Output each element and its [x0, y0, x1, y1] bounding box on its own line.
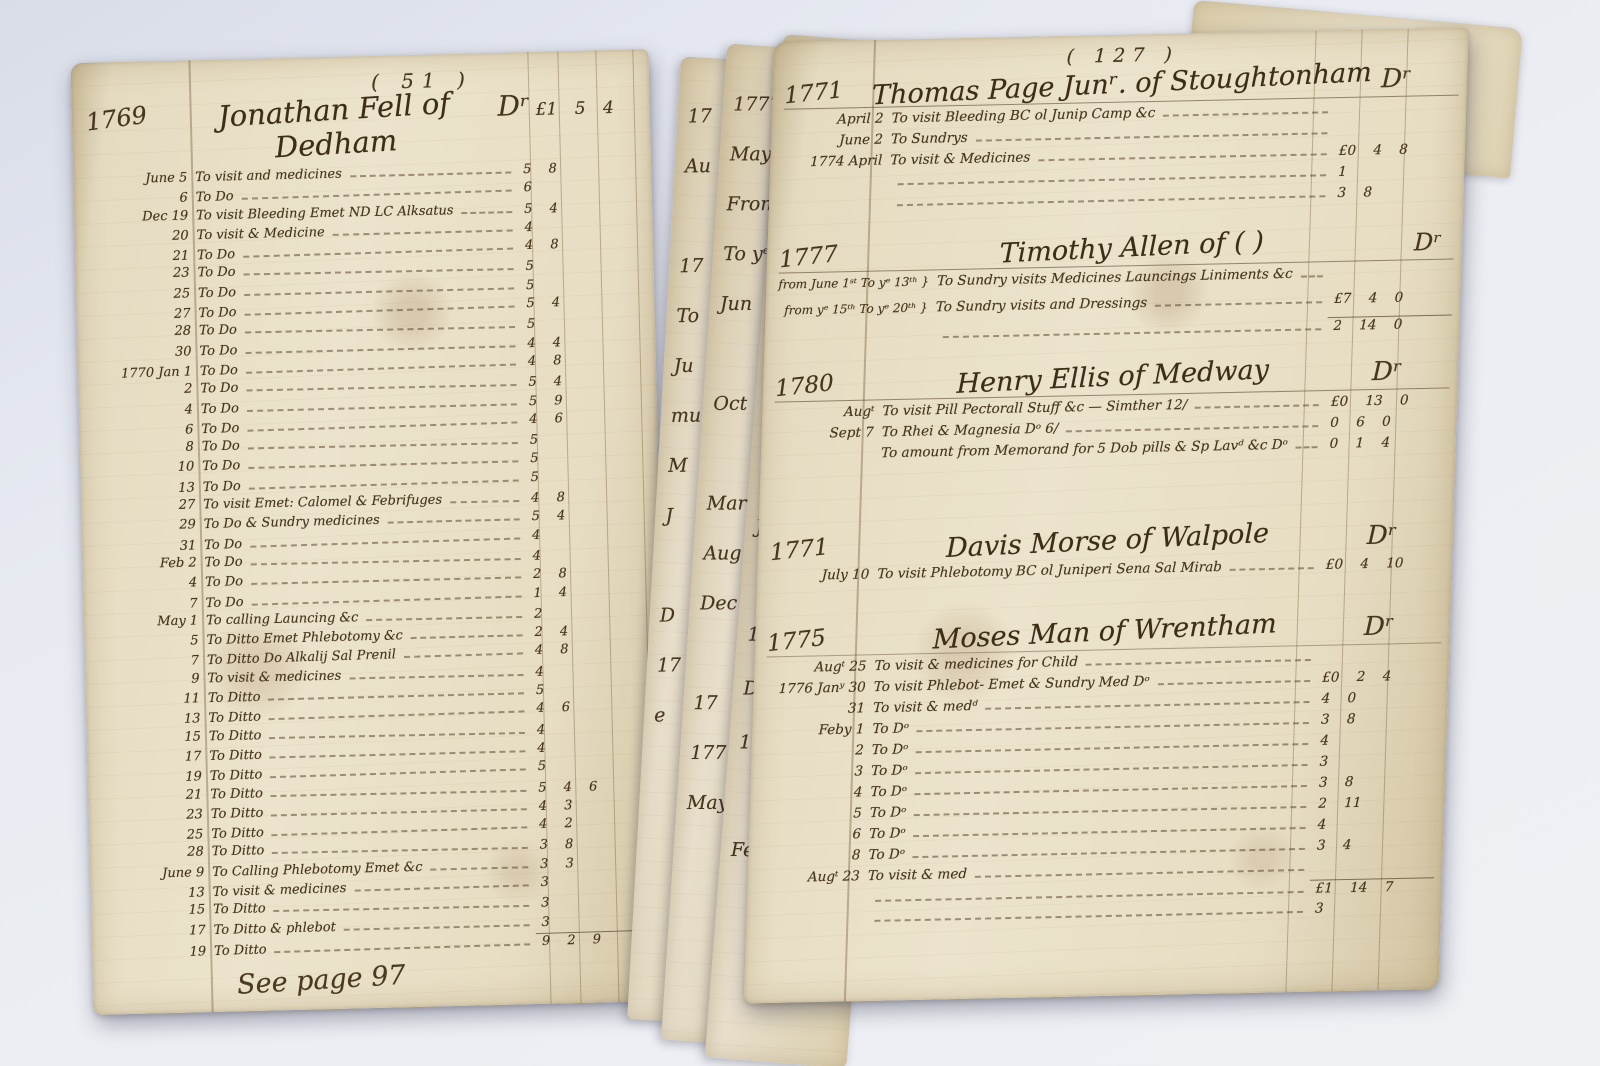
dotted-leader [246, 363, 516, 373]
dotted-leader [270, 769, 525, 779]
entry-description: To Do [200, 381, 242, 397]
dotted-leader [245, 345, 515, 354]
entry-amount: 3 8 [1313, 772, 1438, 791]
entry-amount: 6 [517, 177, 641, 196]
entry-date: 30 [91, 344, 199, 362]
entry-amount: 3 8 [1331, 183, 1456, 202]
dotted-leader [917, 722, 1309, 732]
dotted-leader [1038, 153, 1327, 161]
entry-amount: 4 6 [523, 408, 647, 427]
section-davis-morse: 1771 Davis Morse of Walpole Dʳ July 10 T… [769, 518, 1446, 589]
dotted-leader [270, 750, 525, 758]
entry-description: To Do [202, 459, 244, 475]
top-ledger-page: ( 127 ) 1771 Thomas Page Junʳ. of Stough… [744, 27, 1469, 1003]
dotted-leader [245, 326, 515, 333]
entry-amount: 4 [1311, 814, 1436, 833]
debtor-mark-right: Dʳ [1414, 228, 1455, 257]
right-page-stack: 17Au17ToJumuMJD17e 1777May 1FromTo yᵉJun… [632, 12, 1552, 1062]
dotted-leader [271, 808, 526, 816]
entry-date: Augᵗ 23 [759, 868, 868, 886]
entry-description: To Do [205, 574, 247, 590]
entry-amount: 3 [1309, 898, 1434, 917]
entry-amount: 5 [524, 431, 648, 448]
entry-date: 5 [761, 805, 870, 823]
top-page-content: ( 127 ) 1771 Thomas Page Junʳ. of Stough… [744, 27, 1469, 1003]
entry-date: 4 [97, 575, 205, 593]
entry-amount [1310, 868, 1434, 871]
entry-description: To calling Launcing &c [206, 610, 362, 628]
dotted-leader [450, 500, 519, 503]
entry-date: 5 [98, 633, 206, 651]
dotted-leader [272, 826, 527, 836]
entry-date: 13 [100, 711, 208, 729]
dotted-leader [250, 537, 520, 547]
dotted-leader [1230, 567, 1314, 571]
entry-date [758, 922, 866, 924]
entry-date [777, 338, 935, 341]
account-heading: 1769 Jonathan Fell of Dedham Dʳ £1 5 4 [85, 85, 640, 167]
dotted-leader [1296, 446, 1318, 448]
entry-date [781, 206, 889, 208]
entry-date: 7 [99, 654, 207, 672]
photograph-of-ledger-pages: ( 51 ) 1769 Jonathan Fell of Dedham Dʳ £… [0, 0, 1600, 1066]
dotted-leader [411, 634, 523, 639]
entry-date: 23 [103, 807, 211, 825]
entry-date: 3 [763, 763, 872, 781]
debtor-mark: Dʳ [1373, 63, 1420, 94]
dotted-leader [431, 866, 529, 870]
entry-date: 15 [105, 903, 213, 920]
account-year: 1775 [767, 622, 854, 657]
debtor-mark-right [1405, 542, 1445, 543]
entry-description: To Ditto [209, 728, 266, 744]
entry-description: To Dᵒ [871, 762, 912, 779]
debtor-mark-right [1410, 378, 1450, 379]
entry-description: To Do [199, 343, 241, 359]
dotted-leader [350, 171, 511, 177]
entry-date: 7 [97, 596, 205, 614]
entry-description: To Do [199, 323, 241, 339]
entry-description: To Do [204, 536, 246, 552]
entry-description: To Ditto [214, 942, 271, 959]
dotted-leader [248, 461, 518, 470]
entry-description: To Dᵒ [870, 804, 911, 821]
entry-description: To Do [201, 401, 243, 417]
dotted-leader [916, 743, 1308, 753]
dotted-leader [1158, 680, 1311, 685]
entry-amount: 4 8 [525, 488, 649, 505]
entry-amount [1329, 274, 1453, 277]
entry-date: 6 [761, 826, 870, 844]
entry-date: 17 [106, 923, 214, 941]
entry-description: To Dᵒ [869, 825, 910, 842]
entry-description: To Do [205, 554, 247, 570]
section-moses-man: 1775 Moses Man of Wrentham Dʳ Augᵗ 25 To… [758, 609, 1443, 933]
dotted-leader [249, 479, 519, 489]
entry-date: April 2 [783, 110, 892, 128]
entry-amount [1317, 658, 1441, 661]
entry-description: To Dᵒ [870, 783, 911, 800]
entry-description: To Ditto [208, 690, 265, 706]
dotted-leader [274, 905, 530, 912]
entry-date: 27 [90, 306, 198, 324]
entry-amount: 5 4 [520, 293, 644, 312]
dotted-leader [1155, 301, 1322, 306]
entry-date: 1770 Jan 1 [92, 364, 200, 382]
entry-description: To visit & Medicine [197, 225, 329, 243]
dotted-leader [1301, 275, 1323, 277]
entry-date: 4 [93, 402, 201, 420]
debtor-mark-right [1419, 86, 1459, 87]
entry-description: To Do [205, 594, 247, 610]
entry-description: To Do [200, 363, 242, 379]
entry-date [773, 457, 881, 459]
entry-date: July 10 [769, 566, 878, 584]
dotted-leader [248, 442, 518, 449]
entry-description: To Ditto [208, 710, 265, 727]
dotted-leader [344, 924, 530, 931]
debtor-mark: Dʳ [491, 89, 536, 123]
dotted-leader [269, 711, 524, 721]
dotted-leader [333, 229, 513, 235]
dotted-leader [349, 674, 523, 679]
dotted-leader [275, 943, 530, 953]
entry-amount: 0 6 0 [1324, 412, 1449, 431]
entry-date: 8 [760, 847, 869, 865]
dotted-leader [269, 692, 524, 700]
entry-date [759, 902, 867, 904]
entry-amount: 4 8 [522, 351, 646, 370]
dotted-leader [366, 616, 522, 621]
entry-date: from yᵉ 15ᵗʰ To yᵉ 20ᵗʰ } [777, 300, 936, 317]
entry-description: To Sundrys [891, 130, 972, 148]
entry-date: Sept 7 [773, 424, 882, 442]
entry-date: 21 [89, 248, 197, 266]
entry-description: To visit & medᵈ [873, 698, 982, 716]
account-year: 1777 [779, 238, 866, 273]
entry-amount: 1 [1332, 162, 1457, 181]
entry-date: 28 [104, 845, 212, 862]
entry-description: To Ditto [213, 901, 270, 917]
entry-description: To Sundry visits and Dressings [935, 295, 1151, 316]
entry-description: To visit & Medicines [890, 149, 1035, 168]
entry-description: To Ditto [210, 786, 267, 802]
account-title: Jonathan Fell of Dedham [176, 84, 493, 170]
entry-description: To visit & medicines [213, 881, 351, 900]
entry-date: 13 [95, 480, 203, 498]
section-timothy-allen: 1777 Timothy Allen of ( ) Dʳ from June 1… [776, 226, 1454, 355]
dotted-leader [252, 595, 522, 605]
dotted-leader [875, 891, 1304, 902]
dotted-leader [976, 132, 1328, 141]
section-thomas-page: 1771 Thomas Page Junʳ. of Stoughtonham D… [780, 62, 1459, 218]
entry-amount: 5 [524, 466, 648, 485]
dotted-leader [404, 653, 523, 659]
entry-date: 2 [92, 382, 200, 399]
entry-date: 10 [94, 460, 202, 478]
heading-amount: £1 5 4 [535, 97, 639, 120]
entry-date: Dec 19 [88, 208, 196, 225]
entry-description: To Ditto [209, 748, 266, 764]
dotted-leader [913, 848, 1305, 858]
entry-amount: £0 4 8 [1333, 141, 1458, 160]
entry-date: 11 [100, 691, 208, 709]
dotted-leader [943, 328, 1321, 338]
entry-amount: 0 1 4 [1323, 433, 1448, 452]
entry-date: 1776 Janʸ 30 [765, 679, 874, 697]
dotted-leader [251, 577, 521, 586]
ledger-entries: from June 1ˢᵗ To yᵉ 13ᵗʰ } To Sundry vis… [776, 262, 1453, 354]
entry-amount: 5 [519, 257, 643, 274]
debtor-mark: Dʳ [1364, 356, 1411, 387]
dotted-leader [874, 911, 1303, 922]
dotted-leader [1195, 404, 1319, 409]
entry-amount: £1 14 7 [1309, 877, 1434, 897]
dotted-leader [1066, 425, 1318, 432]
entry-amount: 4 [1314, 730, 1439, 749]
entry-date [781, 185, 889, 187]
entry-date: Augᵗ [774, 403, 883, 421]
entry-date: 28 [91, 324, 199, 341]
entry-date: 19 [106, 944, 214, 962]
account-year: 1769 [84, 97, 179, 137]
entry-date: 25 [90, 286, 198, 304]
entry-description: To Rhei & Magnesia Dᵒ 6/ [882, 421, 1063, 441]
dotted-leader [897, 195, 1326, 206]
debtor-mark: Dʳ [1358, 520, 1405, 551]
dotted-leader [242, 190, 512, 200]
ledger-entries: June 5 To visit and medicines 5 8 6 To D… [87, 159, 660, 963]
entry-amount [1333, 132, 1457, 135]
dotted-leader [272, 847, 528, 854]
dotted-leader [915, 764, 1307, 774]
entry-amount: 2 14 0 [1327, 314, 1452, 334]
entry-date: June 5 [87, 170, 195, 188]
entry-date: 6 [93, 422, 201, 440]
entry-description: To visit & medicines [207, 668, 345, 686]
entry-description: To Do [203, 479, 245, 495]
dotted-leader [247, 421, 517, 431]
entry-amount: £0 13 0 [1325, 391, 1450, 410]
entry-description: To Dᵒ [868, 846, 909, 863]
dotted-leader [354, 884, 528, 891]
account-year: 1771 [769, 531, 856, 566]
dotted-leader [244, 269, 514, 276]
entry-description: To Dᵒ [872, 720, 913, 737]
entry-date: 31 [765, 700, 874, 718]
entry-date: 27 [95, 497, 203, 514]
debtor-mark: Dʳ [1356, 611, 1403, 642]
entry-description: To Ditto & phlebot [213, 919, 340, 937]
entry-date: 19 [102, 769, 210, 787]
entry-amount [1334, 111, 1458, 114]
entry-date: 17 [101, 749, 209, 767]
entry-amount: 4 0 [1315, 688, 1440, 707]
dotted-leader [243, 248, 513, 258]
entry-amount: 5 4 [518, 199, 642, 216]
entry-date: May 1 [98, 613, 206, 630]
entry-date: 15 [101, 729, 209, 746]
ledger-entries: April 2 To visit Bleeding BC ol Junip Ca… [780, 99, 1458, 218]
dotted-leader [462, 211, 513, 214]
entry-date: from June 1ˢᵗ To yᵉ 13ᵗʰ } [778, 274, 937, 291]
left-ledger-page: ( 51 ) 1769 Jonathan Fell of Dedham Dʳ £… [70, 49, 671, 1015]
left-page-content: ( 51 ) 1769 Jonathan Fell of Dedham Dʳ £… [70, 49, 671, 1015]
section-henry-ellis: 1780 Henry Ellis of Medway Dʳ Augᵗ To vi… [773, 354, 1451, 468]
entry-description: To Ditto [211, 825, 268, 842]
entry-description: To visit & medicines for Child [874, 654, 1082, 674]
account-year: 1771 [784, 74, 871, 109]
entry-date: Augᵗ 25 [766, 658, 875, 676]
dotted-leader [1163, 111, 1328, 116]
entry-amount: 4 8 [519, 235, 643, 254]
entry-amount: 3 4 [1311, 835, 1436, 854]
entry-amount: £0 2 4 [1316, 667, 1441, 686]
dotted-leader [271, 789, 527, 796]
dotted-leader [975, 869, 1304, 878]
entry-date: 31 [96, 538, 204, 556]
entry-description: To Do [197, 265, 239, 281]
dotted-leader [1086, 659, 1311, 666]
entry-date: 6 [88, 191, 196, 209]
entry-date: 9 [99, 671, 207, 688]
entry-date: 2 [763, 742, 872, 760]
entry-description: To Do [196, 189, 238, 205]
dotted-leader [915, 785, 1307, 795]
ledger-entries: Augᵗ 25 To visit & medicines for Child 1… [758, 646, 1441, 933]
entry-amount: 5 4 [522, 373, 646, 390]
dotted-leader [986, 701, 1310, 710]
entry-date: 4 [762, 784, 871, 802]
entry-description: To Do [201, 421, 243, 437]
entry-description: To visit & med [868, 866, 972, 884]
entry-description: To Ditto [210, 768, 267, 785]
dotted-leader [245, 306, 515, 316]
entry-date: Feby 1 [764, 721, 873, 739]
dotted-leader [914, 806, 1306, 816]
entry-amount: 3 8 [1315, 709, 1440, 728]
dotted-leader [251, 558, 521, 565]
account-year: 1780 [775, 367, 862, 402]
entry-description: To Do [198, 285, 240, 301]
dotted-leader [269, 732, 525, 739]
entry-description: To Ditto [211, 805, 268, 821]
entry-date: 21 [102, 787, 210, 804]
entry-date: 25 [103, 827, 211, 845]
entry-amount: £7 4 0 [1328, 288, 1453, 307]
dotted-leader [246, 384, 516, 391]
entry-description: To Do [198, 305, 240, 321]
entry-date: 23 [90, 266, 198, 283]
entry-date: 8 [94, 440, 202, 457]
entry-description: To Dᵒ [872, 741, 913, 758]
debtor-mark-right [1402, 633, 1442, 634]
entry-description: To Ditto [212, 844, 269, 860]
entry-date: June 2 [783, 131, 892, 149]
entry-description: To Do [197, 247, 239, 263]
entry-date: 13 [105, 885, 213, 903]
entry-amount: 5 8 [517, 159, 641, 177]
entry-description: To visit and medicines [195, 167, 346, 186]
entry-date: 1774 April [782, 152, 891, 170]
entry-amount: £0 4 10 [1320, 554, 1445, 573]
entry-amount: 3 [1313, 751, 1438, 770]
entry-date: June 9 [104, 865, 212, 883]
dotted-leader [913, 827, 1305, 837]
entry-date: 29 [96, 517, 204, 535]
entry-description: To Do [202, 439, 244, 455]
dotted-leader [898, 174, 1327, 185]
entry-amount: 5 [521, 315, 645, 332]
dotted-leader [388, 519, 520, 524]
entry-amount: 2 11 [1312, 793, 1437, 812]
dotted-leader [244, 287, 514, 296]
entry-date: 20 [89, 228, 197, 246]
dotted-leader [247, 403, 517, 412]
entry-date: Feb 2 [97, 555, 205, 572]
